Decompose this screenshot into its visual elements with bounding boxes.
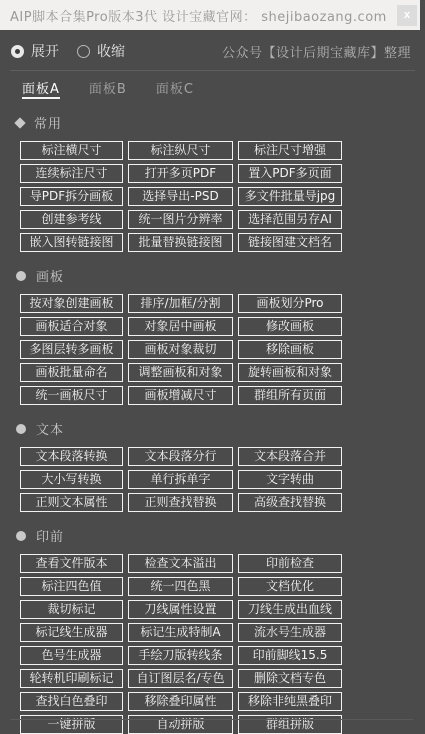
script-button[interactable]: 置入PDF多页面 [238,164,342,183]
section-wenben: 文本文本段落转换文本段落分行文本段落合并大小写转换单行拆单字文字转曲正则文本属性… [20,419,425,512]
script-button[interactable]: 标注尺寸增强 [238,141,342,160]
script-button[interactable]: 标记线生成器 [20,623,123,642]
script-button[interactable]: 移除非纯黑叠印 [238,692,342,711]
window-title: AIP脚本合集Pro版本3代 设计宝藏官网： shejibaozang.com [10,6,387,25]
script-button[interactable]: 印前检查 [238,554,342,573]
script-button[interactable]: 轮转机印刷标记 [20,669,123,688]
script-button[interactable]: 查看文件版本 [20,554,123,573]
script-button[interactable]: 文本段落分行 [128,447,233,466]
script-button[interactable]: 群组所有页面 [238,386,342,405]
script-button[interactable]: 统一图片分辨率 [128,210,233,229]
script-button[interactable]: 画板增减尺寸 [128,386,233,405]
script-button[interactable]: 一键拼版 [20,715,123,734]
script-button[interactable]: 高级查找替换 [238,493,342,512]
button-grid-changyong: 标注横尺寸标注纵尺寸标注尺寸增强连续标注尺寸打开多页PDF置入PDF多页面导PD… [20,141,425,252]
circle-bullet-icon [16,271,26,281]
script-button[interactable]: 文字转曲 [238,470,342,489]
script-button[interactable]: 多文件批量导jpg [238,187,342,206]
credit-text: 公众号【设计后期宝藏库】整理 [222,42,411,61]
script-button[interactable]: 文本段落合并 [238,447,342,466]
script-button[interactable]: 嵌入图转链接图 [20,233,123,252]
close-icon: x [404,9,410,21]
diamond-bullet-icon [14,117,25,128]
script-button[interactable]: 对象居中画板 [128,317,233,336]
script-button[interactable]: 裁切标记 [20,600,123,619]
script-button[interactable]: 检查文本溢出 [128,554,233,573]
script-button[interactable]: 色号生成器 [20,646,123,665]
section-title: 印前 [36,526,64,545]
radio-collapse[interactable]: 收缩 [77,41,125,61]
header-row: 展开 收缩 公众号【设计后期宝藏库】整理 [0,30,425,70]
section-title: 常用 [34,113,62,132]
script-button[interactable]: 刀线生成出血线 [238,600,342,619]
circle-bullet-icon [16,424,26,434]
script-button[interactable]: 旋转画板和对象 [238,363,342,382]
script-button[interactable]: 画板批量命名 [20,363,123,382]
section-huaban: 画板按对象创建画板排序/加框/分割画板划分Pro画板适合对象对象居中画板修改画板… [20,266,425,405]
script-button[interactable]: 正则查找替换 [128,493,233,512]
script-button[interactable]: 流水号生成器 [238,623,342,642]
section-header-changyong: 常用 [16,113,425,132]
titlebar: AIP脚本合集Pro版本3代 设计宝藏官网： shejibaozang.com … [0,0,420,30]
button-grid-yinqian: 查看文件版本检查文本溢出印前检查标注四色值统一四色黑文档优化裁切标记刀线属性设置… [20,554,425,734]
script-button[interactable]: 自订图层名/专色 [128,669,233,688]
script-button[interactable]: 单行拆单字 [128,470,233,489]
script-button[interactable]: 移除画板 [238,340,342,359]
script-button[interactable]: 排序/加框/分割 [128,294,233,313]
script-button[interactable]: 正则文本属性 [20,493,123,512]
script-button[interactable]: 文档优化 [238,577,342,596]
script-button[interactable]: 标注纵尺寸 [128,141,233,160]
script-button[interactable]: 统一画板尺寸 [20,386,123,405]
script-button[interactable]: 移除叠印属性 [128,692,233,711]
script-button[interactable]: 手绘刀版转线条 [128,646,233,665]
script-button[interactable]: 自动拼版 [128,715,233,734]
section-title: 画板 [36,266,64,285]
script-button[interactable]: 标注横尺寸 [20,141,123,160]
script-button[interactable]: 选择导出-PSD [128,187,233,206]
section-header-huaban: 画板 [16,266,425,285]
script-button[interactable]: 导PDF拆分画板 [20,187,123,206]
script-button[interactable]: 链接图建文档名 [238,233,342,252]
script-button[interactable]: 印前脚线15.5 [238,646,342,665]
radio-unselected-icon[interactable] [77,45,90,58]
radio-selected-icon[interactable] [11,45,24,58]
script-button[interactable]: 按对象创建画板 [20,294,123,313]
script-button[interactable]: 调整画板和对象 [128,363,233,382]
script-button[interactable]: 修改画板 [238,317,342,336]
script-button[interactable]: 创建参考线 [20,210,123,229]
section-yinqian: 印前查看文件版本检查文本溢出印前检查标注四色值统一四色黑文档优化裁切标记刀线属性… [20,526,425,734]
section-header-yinqian: 印前 [16,526,425,545]
script-button[interactable]: 画板划分Pro [238,294,342,313]
tab-panel-a[interactable]: 面板A [22,78,60,99]
sections: 常用标注横尺寸标注纵尺寸标注尺寸增强连续标注尺寸打开多页PDF置入PDF多页面导… [0,113,425,734]
script-button[interactable]: 标记生成特制A [128,623,233,642]
script-button[interactable]: 统一四色黑 [128,577,233,596]
display-mode-radio-group: 展开 收缩 [11,41,125,61]
section-changyong: 常用标注横尺寸标注纵尺寸标注尺寸增强连续标注尺寸打开多页PDF置入PDF多页面导… [20,113,425,252]
script-button[interactable]: 查找白色叠印 [20,692,123,711]
script-button[interactable]: 连续标注尺寸 [20,164,123,183]
radio-expand-label: 展开 [31,41,59,61]
tab-panel-c[interactable]: 面板C [156,78,194,99]
button-grid-huaban: 按对象创建画板排序/加框/分割画板划分Pro画板适合对象对象居中画板修改画板多图… [20,294,425,405]
circle-bullet-icon [16,531,26,541]
script-button[interactable]: 画板适合对象 [20,317,123,336]
radio-expand[interactable]: 展开 [11,41,59,61]
button-grid-wenben: 文本段落转换文本段落分行文本段落合并大小写转换单行拆单字文字转曲正则文本属性正则… [20,447,425,512]
section-title: 文本 [36,419,64,438]
script-button[interactable]: 刀线属性设置 [128,600,233,619]
script-button[interactable]: 文本段落转换 [20,447,123,466]
script-button[interactable]: 群组拼版 [238,715,342,734]
script-button[interactable]: 删除文档专色 [238,669,342,688]
script-button[interactable]: 选择范围另存AI [238,210,342,229]
tabs: 面板A面板B面板C [0,71,425,99]
script-button[interactable]: 打开多页PDF [128,164,233,183]
script-button[interactable]: 大小写转换 [20,470,123,489]
tab-panel-b[interactable]: 面板B [89,78,127,99]
script-button[interactable]: 多图层转多画板 [20,340,123,359]
section-header-wenben: 文本 [16,419,425,438]
script-button[interactable]: 标注四色值 [20,577,123,596]
script-button[interactable]: 批量替换链接图 [128,233,233,252]
bottom-divider [10,719,413,720]
script-button[interactable]: 画板对象裁切 [128,340,233,359]
radio-collapse-label: 收缩 [97,41,125,61]
close-button[interactable]: x [397,5,417,26]
